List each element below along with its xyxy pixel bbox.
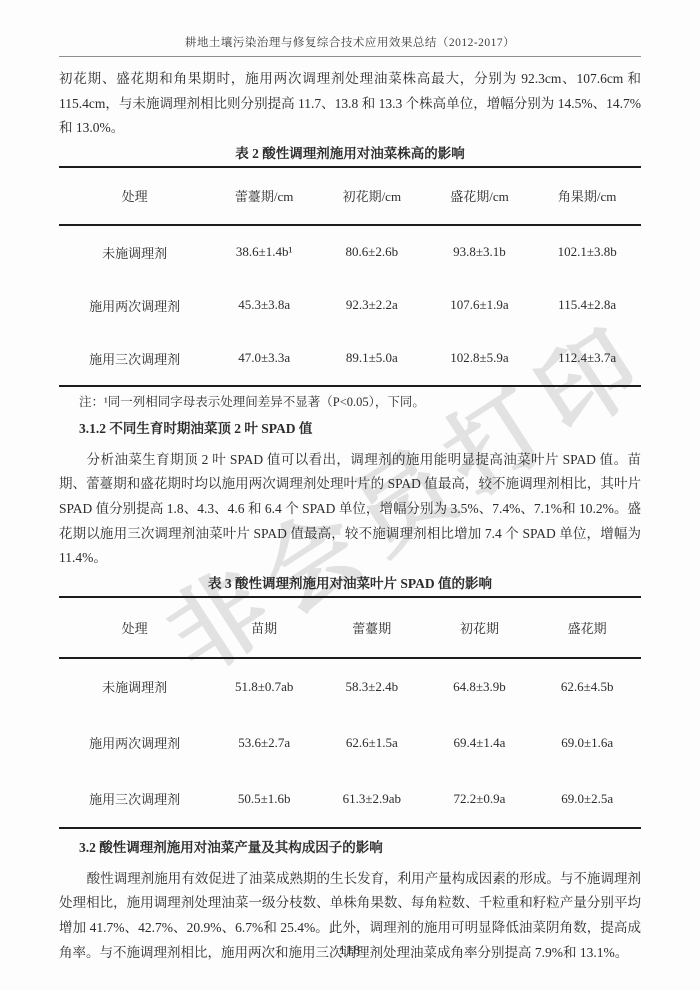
table2-r2-c2: 92.3±2.2a [318, 279, 426, 332]
table3-caption: 表 3 酸性调理剂施用对油菜叶片 SPAD 值的影响 [59, 575, 641, 593]
heading-3-1-2: 3.1.2 不同生育时期油菜顶 2 叶 SPAD 值 [59, 419, 641, 438]
table2-r1-c1: 38.6±1.4b¹ [210, 225, 318, 279]
table2-r1-c4: 102.1±3.8b [533, 225, 641, 279]
table3-r2-c1: 53.6±2.7a [210, 715, 318, 771]
table3-r1-treatment: 未施调理剂 [59, 658, 210, 715]
table3-r3-c3: 72.2±0.9a [426, 771, 534, 828]
table3-header-bud-stage: 蕾薹期 [318, 597, 426, 658]
table3-r2-c2: 62.6±1.5a [318, 715, 426, 771]
table3-r3-treatment: 施用三次调理剂 [59, 771, 210, 828]
table2-r3-c1: 47.0±3.3a [210, 332, 318, 386]
table3-r1-c3: 64.8±3.9b [426, 658, 534, 715]
table2-r3-c4: 112.4±3.7a [533, 332, 641, 386]
table3-header-seedling: 苗期 [210, 597, 318, 658]
table2-caption: 表 2 酸性调理剂施用对油菜株高的影响 [59, 145, 641, 163]
table2-header-full-flower: 盛花期/cm [426, 167, 534, 225]
table3-header-early-flower: 初花期 [426, 597, 534, 658]
table3-r3-c1: 50.5±1.6b [210, 771, 318, 828]
table2-header-pod-stage: 角果期/cm [533, 167, 641, 225]
table2-r1-c2: 80.6±2.6b [318, 225, 426, 279]
table3-r3-c2: 61.3±2.9ab [318, 771, 426, 828]
table2-r3-c3: 102.8±5.9a [426, 332, 534, 386]
table3-header-treatment: 处理 [59, 597, 210, 658]
paragraph-plant-height-results: 初花期、盛花期和角果期时，施用两次调理剂处理油菜株高最大，分别为 92.3cm、… [59, 67, 641, 141]
table2-header-bud-stage: 蕾薹期/cm [210, 167, 318, 225]
table3-r1-c2: 58.3±2.4b [318, 658, 426, 715]
table2-r1-c3: 93.8±3.1b [426, 225, 534, 279]
table-row: 施用三次调理剂 47.0±3.3a 89.1±5.0a 102.8±5.9a 1… [59, 332, 641, 386]
table2-r3-c2: 89.1±5.0a [318, 332, 426, 386]
table-row: 施用三次调理剂 50.5±1.6b 61.3±2.9ab 72.2±0.9a 6… [59, 771, 641, 828]
table3-header-full-flower: 盛花期 [533, 597, 641, 658]
table2-r2-c1: 45.3±3.8a [210, 279, 318, 332]
running-head: 耕地土壤污染治理与修复综合技术应用效果总结（2012-2017） [59, 34, 641, 57]
table3-r2-c4: 69.0±1.6a [533, 715, 641, 771]
page-number: 118 [0, 942, 700, 958]
table2-header-row: 处理 蕾薹期/cm 初花期/cm 盛花期/cm 角果期/cm [59, 167, 641, 225]
table-spad-values: 处理 苗期 蕾薹期 初花期 盛花期 未施调理剂 51.8±0.7ab 58.3±… [59, 596, 641, 829]
heading-3-2: 3.2 酸性调理剂施用对油菜产量及其构成因子的影响 [59, 838, 641, 857]
table2-r2-c4: 115.4±2.8a [533, 279, 641, 332]
table2-note: 注：¹同一列相同字母表示处理间差异不显著（P<0.05），下同。 [59, 394, 641, 411]
paragraph-spad-results: 分析油菜生育期顶 2 叶 SPAD 值可以看出，调理剂的施用能明显提高油菜叶片 … [59, 448, 641, 571]
table2-r1-treatment: 未施调理剂 [59, 225, 210, 279]
table3-r1-c1: 51.8±0.7ab [210, 658, 318, 715]
table3-r2-treatment: 施用两次调理剂 [59, 715, 210, 771]
table-row: 未施调理剂 38.6±1.4b¹ 80.6±2.6b 93.8±3.1b 102… [59, 225, 641, 279]
page-content: 耕地土壤污染治理与修复综合技术应用效果总结（2012-2017） 初花期、盛花期… [59, 0, 641, 965]
table3-r2-c3: 69.4±1.4a [426, 715, 534, 771]
table-row: 未施调理剂 51.8±0.7ab 58.3±2.4b 64.8±3.9b 62.… [59, 658, 641, 715]
table-plant-height: 处理 蕾薹期/cm 初花期/cm 盛花期/cm 角果期/cm 未施调理剂 38.… [59, 166, 641, 387]
table2-header-early-flower: 初花期/cm [318, 167, 426, 225]
table-row: 施用两次调理剂 53.6±2.7a 62.6±1.5a 69.4±1.4a 69… [59, 715, 641, 771]
table2-r3-treatment: 施用三次调理剂 [59, 332, 210, 386]
table3-header-row: 处理 苗期 蕾薹期 初花期 盛花期 [59, 597, 641, 658]
table2-r2-treatment: 施用两次调理剂 [59, 279, 210, 332]
table-row: 施用两次调理剂 45.3±3.8a 92.3±2.2a 107.6±1.9a 1… [59, 279, 641, 332]
table2-r2-c3: 107.6±1.9a [426, 279, 534, 332]
table2-header-treatment: 处理 [59, 167, 210, 225]
table3-r3-c4: 69.0±2.5a [533, 771, 641, 828]
document-page: 非会员打印 耕地土壤污染治理与修复综合技术应用效果总结（2012-2017） 初… [0, 0, 700, 990]
table3-r1-c4: 62.6±4.5b [533, 658, 641, 715]
